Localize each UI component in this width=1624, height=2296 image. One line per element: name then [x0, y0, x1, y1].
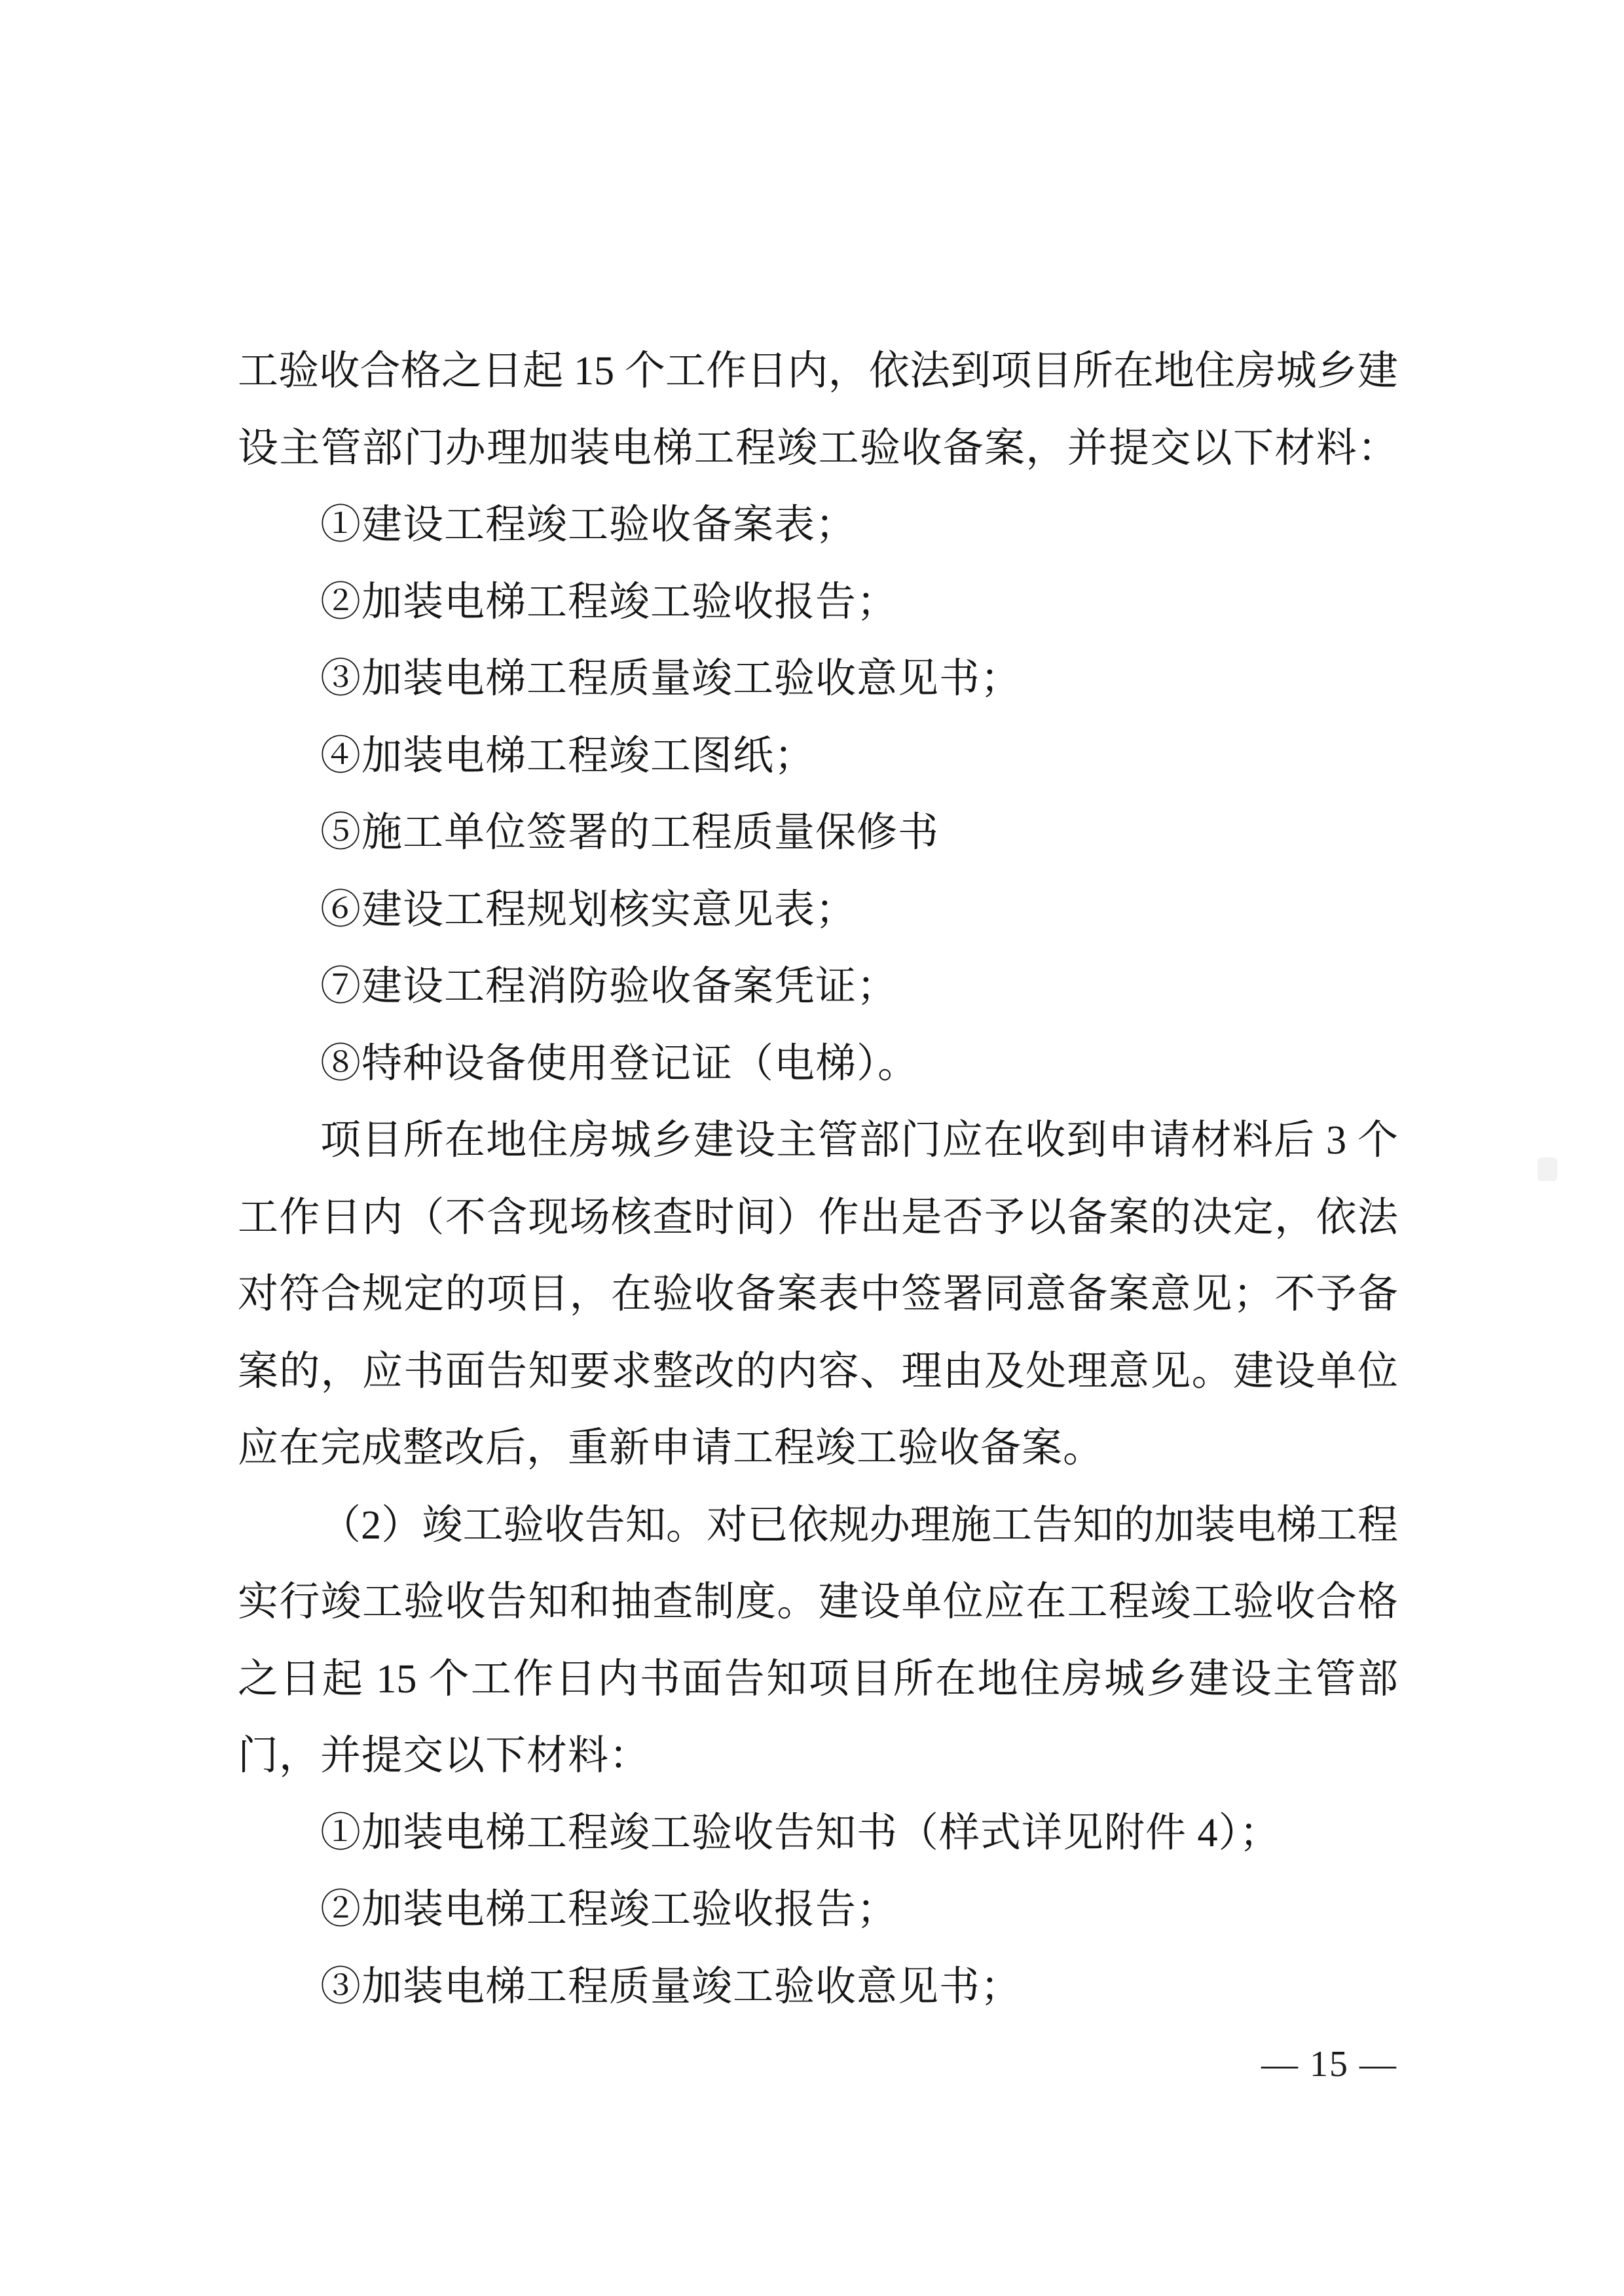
scan-smudge [1538, 1157, 1557, 1181]
text-line: （2）竣工验收告知。对已依规办理施工告知的加装电梯工程 [238, 1487, 1398, 1565]
page-number: — 15 — [1238, 2041, 1421, 2087]
text-line: 案的，应书面告知要求整改的内容、理由及处理意见。建设单位 [238, 1334, 1398, 1411]
text-line: ①建设工程竣工验收备案表； [238, 487, 1398, 564]
text-line: 工验收合格之日起 15 个工作日内，依法到项目所在地住房城乡建 [238, 333, 1398, 410]
text-line: 项目所在地住房城乡建设主管部门应在收到申请材料后 3 个 [238, 1102, 1398, 1180]
document-page: 工验收合格之日起 15 个工作日内，依法到项目所在地住房城乡建设主管部门办理加装… [0, 0, 1624, 2296]
text-line: 实行竣工验收告知和抽查制度。建设单位应在工程竣工验收合格 [238, 1564, 1398, 1641]
text-line: ⑦建设工程消防验收备案凭证； [238, 949, 1398, 1026]
text-line: 设主管部门办理加装电梯工程竣工验收备案，并提交以下材料： [238, 410, 1398, 488]
text-line: ④加装电梯工程竣工图纸； [238, 718, 1398, 795]
text-line: ⑤施工单位签署的工程质量保修书 [238, 795, 1398, 872]
text-line: 应在完成整改后，重新申请工程竣工验收备案。 [238, 1410, 1398, 1487]
text-line: ③加装电梯工程质量竣工验收意见书； [238, 641, 1398, 718]
text-line: ③加装电梯工程质量竣工验收意见书； [238, 1949, 1398, 2026]
text-line: ⑥建设工程规划核实意见表； [238, 872, 1398, 949]
text-line: ⑧特种设备使用登记证（电梯）。 [238, 1026, 1398, 1103]
text-line: ②加装电梯工程竣工验收报告； [238, 1872, 1398, 1949]
text-line: 工作日内（不含现场核查时间）作出是否予以备案的决定，依法 [238, 1180, 1398, 1257]
text-line: 门，并提交以下材料： [238, 1718, 1398, 1795]
text-line: ②加装电梯工程竣工验收报告； [238, 564, 1398, 642]
text-line: ①加装电梯工程竣工验收告知书（样式详见附件 4）； [238, 1795, 1398, 1872]
text-line: 对符合规定的项目，在验收备案表中签署同意备案意见；不予备 [238, 1256, 1398, 1334]
text-line: 之日起 15 个工作日内书面告知项目所在地住房城乡建设主管部 [238, 1641, 1398, 1719]
text-lines: 工验收合格之日起 15 个工作日内，依法到项目所在地住房城乡建设主管部门办理加装… [238, 333, 1398, 2026]
